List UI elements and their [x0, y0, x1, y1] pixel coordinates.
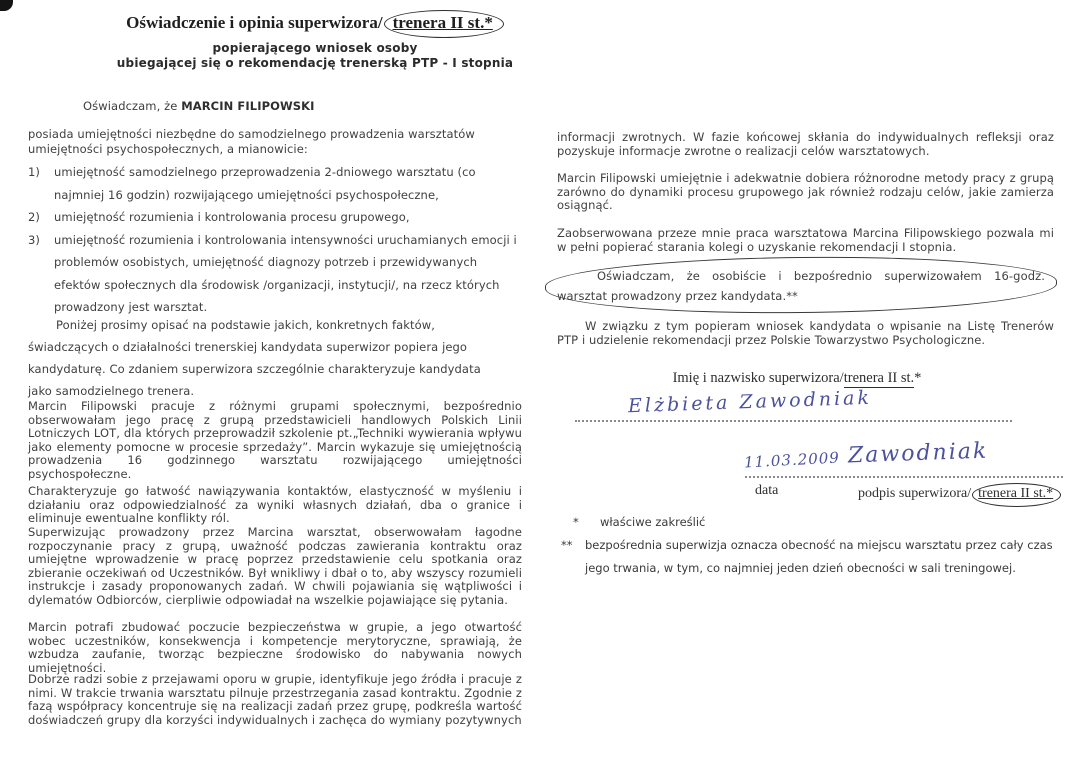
- skills-list-item-2: 2) umiejętność rozumienia i kontrolowani…: [28, 206, 522, 229]
- name-label-text: Imię i nazwisko superwizora/: [673, 370, 844, 386]
- title-circle-annotation: trenera II st.*: [384, 10, 504, 38]
- document-title: Oświadczenie i opinia superwizora/trener…: [5, 10, 625, 38]
- declaration-line: Oświadczam, że MARCIN FILIPOWSKI: [28, 100, 577, 114]
- footnote-marker: *: [573, 511, 600, 534]
- list-number: 1): [28, 161, 54, 206]
- opinion-paragraph-4: Marcin potrafi zbudować poczucie bezpiec…: [28, 621, 522, 675]
- name-label-asterisk: *: [914, 370, 921, 386]
- signature-label-text: podpis superwizora/: [858, 486, 971, 501]
- skills-list-item-3: 3) umiejętność rozumienia i kontrolowani…: [28, 229, 522, 319]
- opinion-paragraph-3: Superwizując prowadzony przez Marcina wa…: [28, 526, 522, 607]
- footnote-1: * właściwe zakreślić: [573, 511, 1053, 534]
- intro-paragraph: posiada umiejętności niezbędne do samodz…: [28, 127, 522, 157]
- opinion-paragraph-7: Marcin Filipowski umiejętnie i adekwatni…: [557, 172, 1054, 213]
- document-subtitle-line1: popierającego wniosek osoby: [5, 41, 625, 56]
- opinion-paragraph-6: informacji zwrotnych. W fazie końcowej s…: [557, 131, 1054, 158]
- handwritten-signature: Zawodniak: [848, 439, 989, 469]
- document-title-block: Oświadczenie i opinia superwizora/trener…: [5, 10, 625, 70]
- list-item-text: umiejętność rozumienia i kontrolowania i…: [54, 229, 522, 319]
- handwritten-supervisor-name: Elżbieta Zawodniak: [628, 387, 873, 418]
- signature-circle-annotation: trenera II st.*: [972, 483, 1061, 507]
- circled-statement-text: Oświadczam, że osobiście i bezpośrednio …: [557, 269, 1045, 303]
- footnote-marker: **: [561, 534, 585, 580]
- footnote-2: ** bezpośrednia superwizja oznacza obecn…: [561, 534, 1061, 580]
- title-circled-text: trenera II st.*: [393, 13, 493, 32]
- skills-list: 1) umiejętność samodzielnego przeprowadz…: [28, 161, 522, 319]
- skills-list-item-1: 1) umiejętność samodzielnego przeprowadz…: [28, 161, 522, 206]
- document-subtitle-line2: ubiegającej się o rekomendację trenerską…: [5, 56, 625, 71]
- title-text: Oświadczenie i opinia superwizora/: [126, 13, 382, 32]
- declaration-prefix: Oświadczam, że: [83, 99, 181, 113]
- instruction-paragraph: Poniżej prosimy opisać na podstawie jaki…: [28, 314, 506, 402]
- opinion-paragraph-2: Charakteryzuje go łatwość nawiązywania k…: [28, 485, 522, 526]
- supervisor-name-label: Imię i nazwisko superwizora/trenera II s…: [557, 370, 1037, 387]
- handwritten-date: 11.03.2009: [744, 449, 841, 472]
- footnote-text: bezpośrednia superwizja oznacza obecność…: [585, 534, 1061, 580]
- scanned-document-page: Oświadczenie i opinia superwizora/trener…: [0, 0, 1070, 758]
- name-label-underlined: trenera II st.: [844, 370, 914, 388]
- list-item-text: umiejętność samodzielnego przeprowadzeni…: [54, 161, 522, 206]
- hand-drawn-oval-annotation: [545, 254, 1058, 315]
- opinion-paragraph-5: Dobrze radzi sobie z przejawami oporu w …: [28, 673, 522, 727]
- list-number: 2): [28, 206, 54, 229]
- signature-circled-text: trenera II st.*: [978, 486, 1053, 501]
- circled-supervision-statement: Oświadczam, że osobiście i bezpośrednio …: [557, 266, 1045, 306]
- list-number: 3): [28, 229, 54, 319]
- signature-dotted-line-2: [745, 476, 1063, 478]
- opinion-paragraph-8: Zaobserwowana przeze mnie praca warsztat…: [557, 227, 1054, 254]
- opinion-paragraph-1: Marcin Filipowski pracuje z różnymi grup…: [28, 400, 522, 481]
- date-label: data: [755, 483, 778, 499]
- candidate-name: MARCIN FILIPOWSKI: [181, 99, 314, 113]
- list-item-text: umiejętność rozumienia i kontrolowania p…: [54, 206, 522, 229]
- signature-dotted-line-1: [575, 420, 1012, 422]
- footnote-text: właściwe zakreślić: [600, 511, 705, 534]
- signature-label: podpis superwizora/trenera II st.*: [858, 483, 1061, 507]
- support-statement: W związku z tym popieram wniosek kandyda…: [557, 320, 1054, 347]
